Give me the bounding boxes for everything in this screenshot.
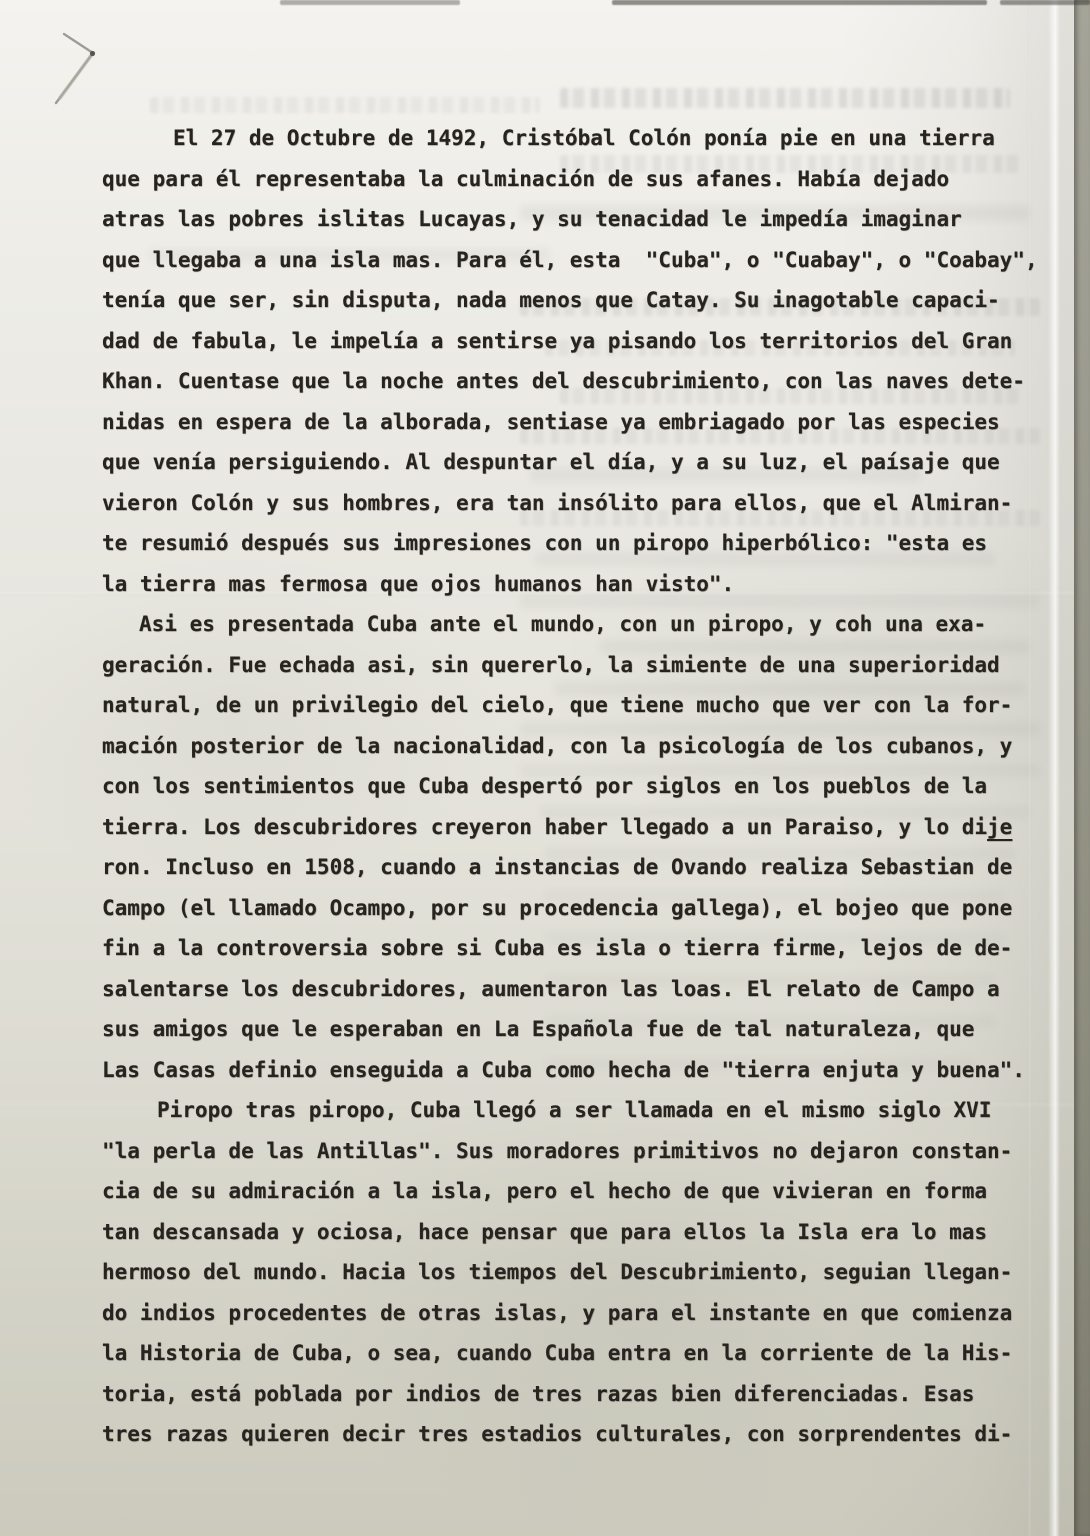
typed-line: salentarse los descubridores, aumentaron… bbox=[0, 969, 1074, 1010]
typed-line: con los sentimientos que Cuba despertó p… bbox=[0, 766, 1074, 807]
typed-line: geración. Fue echada asi, sin quererlo, … bbox=[0, 645, 1074, 686]
typed-line: que venía persiguiendo. Al despuntar el … bbox=[0, 442, 1074, 483]
typed-line: fin a la controversia sobre si Cuba es i… bbox=[0, 928, 1074, 969]
typed-line: cia de su admiración a la isla, pero el … bbox=[0, 1171, 1074, 1212]
typed-line: atras las pobres islitas Lucayas, y su t… bbox=[0, 199, 1074, 240]
scan-artifact-top-edge bbox=[1000, 0, 1090, 5]
typed-line: Campo (el llamado Ocampo, por su procede… bbox=[0, 888, 1074, 929]
typed-line: El 27 de Octubre de 1492, Cristóbal Coló… bbox=[0, 118, 1074, 159]
typed-line: Khan. Cuentase que la noche antes del de… bbox=[0, 361, 1074, 402]
typewritten-text: El 27 de Octubre de 1492, Cristóbal Coló… bbox=[0, 118, 1074, 1455]
typed-line: "la perla de las Antillas". Sus moradore… bbox=[0, 1131, 1074, 1172]
scan-background-edge bbox=[1074, 0, 1090, 1536]
typed-line: toria, está poblada por indios de tres r… bbox=[0, 1374, 1074, 1415]
typed-line: Piropo tras piropo, Cuba llegó a ser lla… bbox=[0, 1090, 1074, 1131]
typed-line: tenía que ser, sin disputa, nada menos q… bbox=[0, 280, 1074, 321]
typed-line: sus amigos que le esperaban en La Españo… bbox=[0, 1009, 1074, 1050]
typed-line: la Historia de Cuba, o sea, cuando Cuba … bbox=[0, 1333, 1074, 1374]
typed-line: dad de fabula, le impelía a sentirse ya … bbox=[0, 321, 1074, 362]
typed-line: nidas en espera de la alborada, sentiase… bbox=[0, 402, 1074, 443]
typed-line: hermoso del mundo. Hacia los tiempos del… bbox=[0, 1252, 1074, 1293]
ghost-text-line bbox=[150, 97, 540, 113]
typed-line: tan descansada y ociosa, hace pensar que… bbox=[0, 1212, 1074, 1253]
typed-line: ron. Incluso en 1508, cuando a instancia… bbox=[0, 847, 1074, 888]
typed-line: vieron Colón y sus hombres, era tan insó… bbox=[0, 483, 1074, 524]
paragraph: Asi es presentada Cuba ante el mundo, co… bbox=[0, 604, 1074, 1090]
paper-edge-highlight bbox=[1048, 0, 1060, 1536]
ghost-text-line bbox=[560, 88, 1010, 108]
typed-line: do indios procedentes de otras islas, y … bbox=[0, 1293, 1074, 1334]
scanned-document: El 27 de Octubre de 1492, Cristóbal Coló… bbox=[0, 0, 1090, 1536]
typed-line: te resumió después sus impresiones con u… bbox=[0, 523, 1074, 564]
typed-line: la tierra mas fermosa que ojos humanos h… bbox=[0, 564, 1074, 605]
typed-line: Asi es presentada Cuba ante el mundo, co… bbox=[0, 604, 1074, 645]
scan-artifact-top-edge bbox=[612, 0, 987, 5]
typed-line: tres razas quieren decir tres estadios c… bbox=[0, 1414, 1074, 1455]
scan-artifact-top-edge bbox=[280, 0, 460, 5]
paper-sheet: El 27 de Octubre de 1492, Cristóbal Coló… bbox=[0, 0, 1074, 1536]
typed-line: Las Casas definio enseguida a Cuba como … bbox=[0, 1050, 1074, 1091]
typed-line: que para él representaba la culminación … bbox=[0, 159, 1074, 200]
typed-line: natural, de un privilegio del cielo, que… bbox=[0, 685, 1074, 726]
paragraph: Piropo tras piropo, Cuba llegó a ser lla… bbox=[0, 1090, 1074, 1455]
typed-line: mación posterior de la nacionalidad, con… bbox=[0, 726, 1074, 767]
typed-line: que llegaba a una isla mas. Para él, est… bbox=[0, 240, 1074, 281]
paragraph: El 27 de Octubre de 1492, Cristóbal Coló… bbox=[0, 118, 1074, 604]
typed-line: tierra. Los descubridores creyeron haber… bbox=[0, 807, 1074, 848]
